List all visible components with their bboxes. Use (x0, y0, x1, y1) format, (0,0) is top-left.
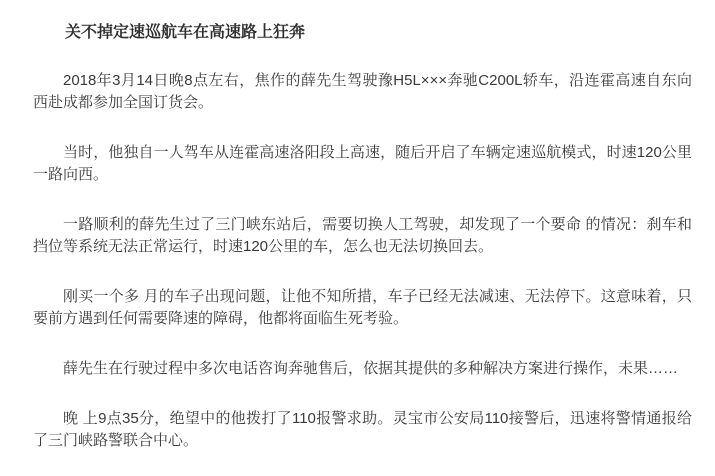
article-paragraph-1: 2018年3月14日晚8点左右，焦作的薛先生驾驶豫H5L×××奔驰C200L轿车… (33, 70, 692, 114)
article-page: 关不掉定速巡航车在高速路上狂奔 2018年3月14日晚8点左右，焦作的薛先生驾驶… (0, 0, 715, 476)
article-title: 关不掉定速巡航车在高速路上狂奔 (33, 22, 692, 44)
article-paragraph-3: 一路顺利的薛先生过了三门峡东站后，需要切换人工驾驶，却发现了一个要命 的情况：刹… (33, 214, 692, 258)
article-paragraph-6: 晚 上9点35分，绝望中的他拨打了110报警求助。灵宝市公安局110接警后，迅速… (33, 408, 692, 452)
article-paragraph-2: 当时，他独自一人驾车从连霍高速洛阳段上高速，随后开启了车辆定速巡航模式，时速12… (33, 142, 692, 186)
article-paragraph-4: 刚买一个多 月的车子出现问题，让他不知所措，车子已经无法减速、无法停下。这意味着… (33, 286, 692, 330)
article-paragraph-5: 薛先生在行驶过程中多次电话咨询奔驰售后，依据其提供的多种解决方案进行操作，未果…… (33, 358, 692, 380)
